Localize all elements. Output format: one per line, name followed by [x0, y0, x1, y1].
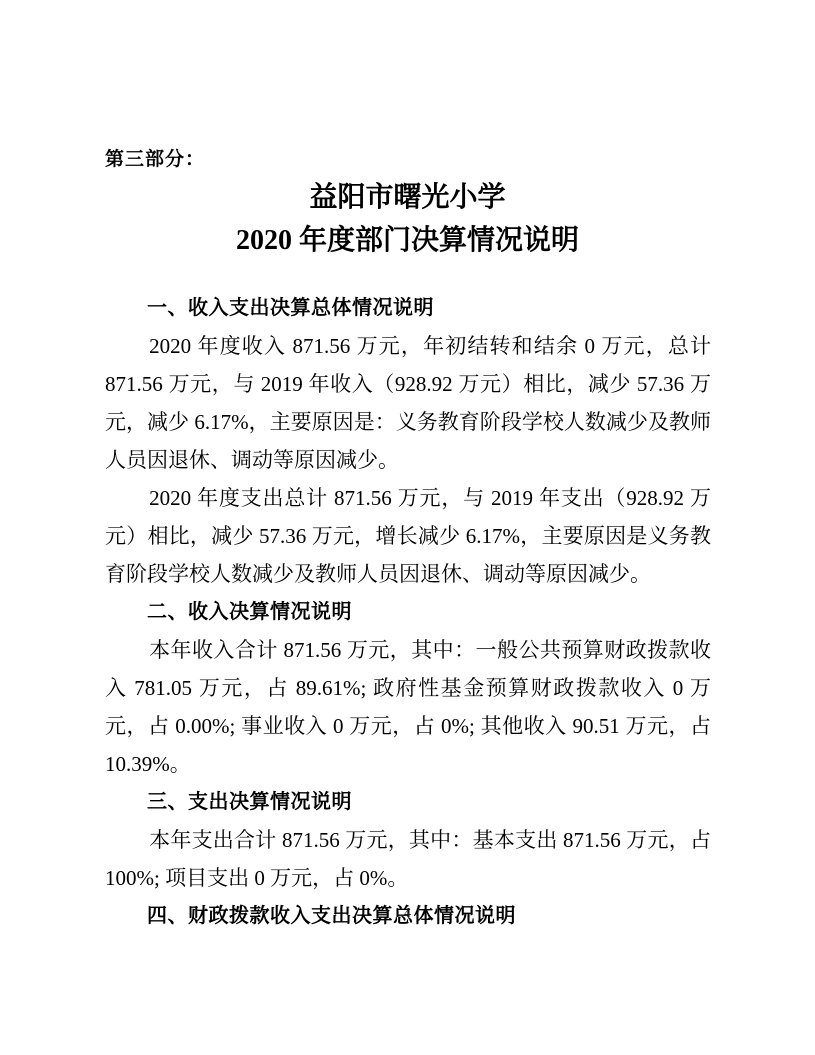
document-title-line1: 益阳市曙光小学	[0, 176, 815, 219]
section-3-heading: 三、支出决算情况说明	[105, 783, 711, 821]
section-1-paragraph-1: 2020 年度收入 871.56 万元，年初结转和结余 0 万元，总计 871.…	[105, 327, 711, 479]
section-2-heading: 二、收入决算情况说明	[105, 593, 711, 631]
document-title-line2: 2020 年度部门决算情况说明	[0, 219, 815, 262]
document-body: 一、收入支出决算总体情况说明 2020 年度收入 871.56 万元，年初结转和…	[105, 289, 711, 935]
page-number: 4	[0, 906, 815, 922]
document-page: 第三部分： 益阳市曙光小学 2020 年度部门决算情况说明 一、收入支出决算总体…	[0, 0, 815, 1055]
section-2-paragraph-1: 本年收入合计 871.56 万元，其中：一般公共预算财政拨款收入 781.05 …	[105, 631, 711, 783]
part-label: 第三部分：	[105, 144, 205, 171]
document-title: 益阳市曙光小学 2020 年度部门决算情况说明	[0, 176, 815, 262]
section-3-paragraph-1: 本年支出合计 871.56 万元，其中：基本支出 871.56 万元，占 100…	[105, 821, 711, 897]
section-1-paragraph-2: 2020 年度支出总计 871.56 万元，与 2019 年支出（928.92 …	[105, 479, 711, 593]
section-1-heading: 一、收入支出决算总体情况说明	[105, 289, 711, 327]
